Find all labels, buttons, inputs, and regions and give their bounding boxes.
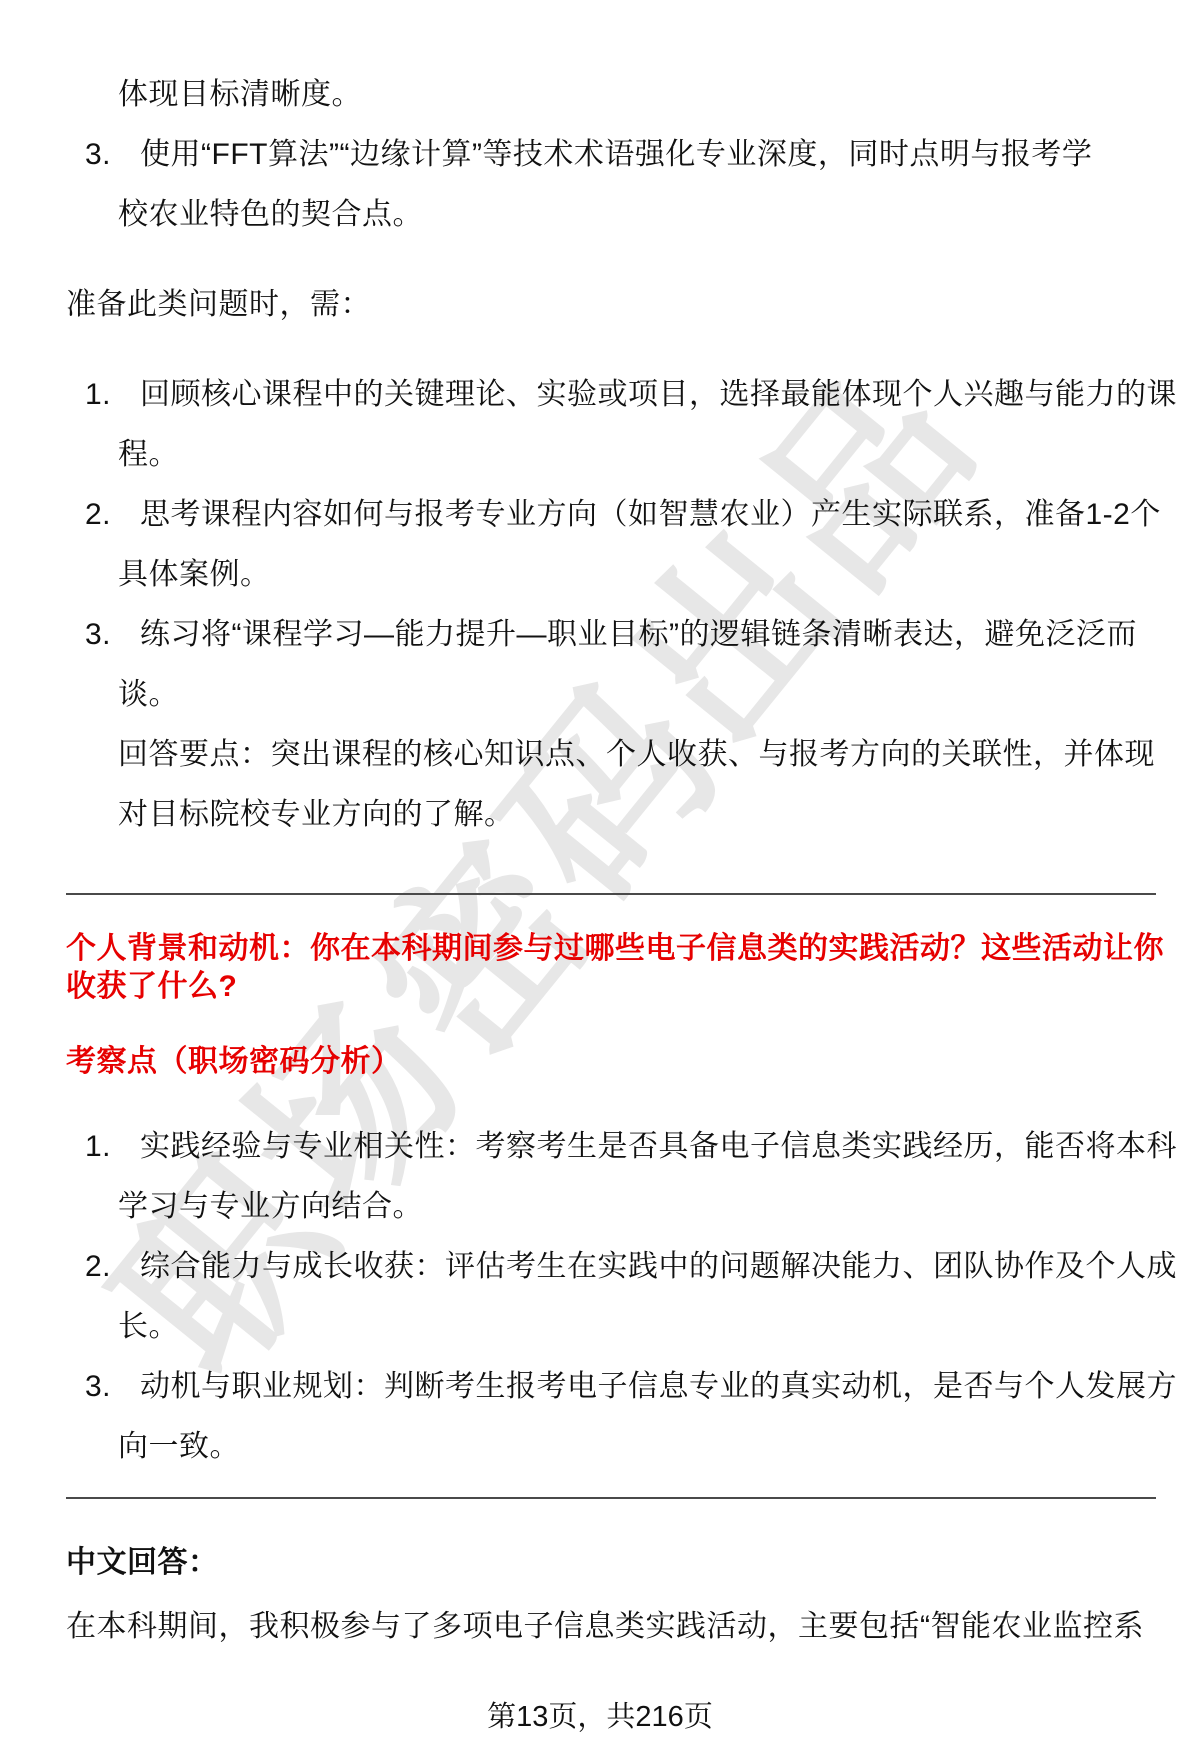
list-item-continuation: 学习与专业方向结合。: [118, 1190, 423, 1224]
list-item-continuation: 谈。: [118, 678, 179, 712]
list-item-number: 1.: [85, 1130, 140, 1164]
list-item-text: 练习将“课程学习—能力提升—职业目标”的逻辑链条清晰表达，避免泛泛而: [140, 618, 1137, 651]
paragraph-line: 对目标院校专业方向的了解。: [118, 798, 515, 832]
list-item: 2.综合能力与成长收获：评估考生在实践中的问题解决能力、团队协作及个人成: [85, 1250, 1177, 1284]
list-item-number: 3.: [85, 618, 140, 652]
section-divider: [66, 893, 1156, 895]
question-heading-line: 个人背景和动机：你在本科期间参与过哪些电子信息类的实践活动？这些活动让你: [66, 932, 1164, 966]
list-item-text: 综合能力与成长收获：评估考生在实践中的问题解决能力、团队协作及个人成: [140, 1250, 1177, 1283]
list-item-text: 思考课程内容如何与报考专业方向（如智慧农业）产生实际联系，准备1-2个: [140, 498, 1161, 531]
list-item-continuation: 向一致。: [118, 1430, 240, 1464]
list-item-text: 使用“FFT算法”“边缘计算”等技术术语强化专业深度，同时点明与报考学: [140, 138, 1092, 171]
list-item-continuation: 长。: [118, 1310, 179, 1344]
list-item-number: 1.: [85, 378, 140, 412]
list-item-text: 回顾核心课程中的关键理论、实验或项目，选择最能体现个人兴趣与能力的课: [140, 378, 1177, 411]
list-item: 2.思考课程内容如何与报考专业方向（如智慧农业）产生实际联系，准备1-2个: [85, 498, 1161, 532]
analysis-heading: 考察点（职场密码分析）: [66, 1045, 402, 1079]
document-content: 体现目标清晰度。 3.使用“FFT算法”“边缘计算”等技术术语强化专业深度，同时…: [0, 0, 1200, 1755]
list-item-continuation: 具体案例。: [118, 558, 271, 592]
list-item-text: 动机与职业规划：判断考生报考电子信息专业的真实动机，是否与个人发展方: [140, 1370, 1177, 1403]
list-item-text: 实践经验与专业相关性：考察考生是否具备电子信息类实践经历，能否将本科: [140, 1130, 1177, 1163]
question-heading-line: 收获了什么?: [66, 970, 237, 1004]
answer-text-line: 在本科期间，我积极参与了多项电子信息类实践活动，主要包括“智能农业监控系: [66, 1610, 1144, 1644]
list-item: 3.练习将“课程学习—能力提升—职业目标”的逻辑链条清晰表达，避免泛泛而: [85, 618, 1137, 652]
list-item: 1.回顾核心课程中的关键理论、实验或项目，选择最能体现个人兴趣与能力的课: [85, 378, 1177, 412]
paragraph-line: 体现目标清晰度。: [118, 78, 362, 112]
section-divider: [66, 1497, 1156, 1499]
list-item-continuation: 程。: [118, 438, 179, 472]
paragraph-line: 准备此类问题时，需：: [66, 288, 371, 322]
answer-label: 中文回答：: [66, 1546, 219, 1580]
list-item: 3.使用“FFT算法”“边缘计算”等技术术语强化专业深度，同时点明与报考学: [85, 138, 1092, 172]
page-footer: 第13页，共216页: [0, 1694, 1200, 1735]
list-item-continuation: 校农业特色的契合点。: [118, 198, 423, 232]
document-page: 职场密码出品 体现目标清晰度。 3.使用“FFT算法”“边缘计算”等技术术语强化…: [0, 0, 1200, 1755]
list-item-number: 2.: [85, 498, 140, 532]
list-item: 1.实践经验与专业相关性：考察考生是否具备电子信息类实践经历，能否将本科: [85, 1130, 1177, 1164]
list-item-number: 3.: [85, 1370, 140, 1404]
list-item-number: 3.: [85, 138, 140, 172]
list-item-number: 2.: [85, 1250, 140, 1284]
paragraph-line: 回答要点：突出课程的核心知识点、个人收获、与报考方向的关联性，并体现: [118, 738, 1155, 772]
list-item: 3.动机与职业规划：判断考生报考电子信息专业的真实动机，是否与个人发展方: [85, 1370, 1177, 1404]
